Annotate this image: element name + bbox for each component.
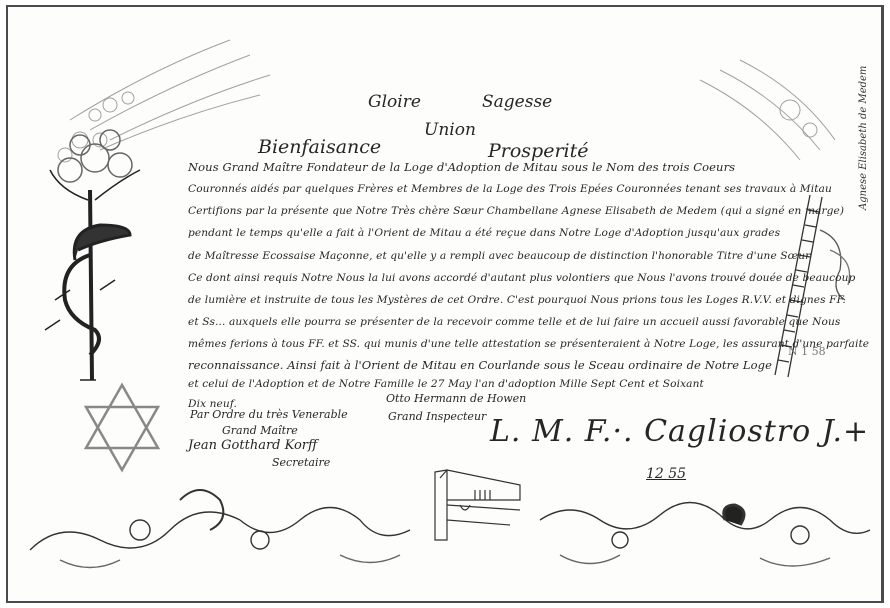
motto-prosperite: Prosperité (488, 140, 589, 162)
body-line: et celui de l'Adoption et de Notre Famil… (188, 378, 704, 390)
secretary-name: Jean Gotthard Korff (188, 438, 317, 453)
body-line: Couronnés aidés par quelques Frères et M… (188, 183, 832, 195)
body-line: pendant le temps qu'elle a fait à l'Orie… (188, 227, 780, 239)
hexagram-star-icon (86, 385, 158, 470)
cloud-ray-flourish-right (700, 60, 835, 160)
rococo-scrollwork-border (30, 490, 870, 568)
cagliostro-signature: L. M. F.·. Cagliostro J.+ (490, 414, 869, 449)
inspector-name: Otto Hermann de Howen (386, 392, 526, 405)
secretary-title: Secretaire (272, 456, 330, 469)
body-line: et Ss... auxquels elle pourra se présent… (188, 316, 840, 328)
grand-master-title: Grand Maître (222, 424, 298, 437)
body-line: mêmes ferions à tous FF. et SS. qui muni… (188, 338, 869, 350)
certificate-number: 12 55 (646, 466, 686, 482)
body-line: Certifions par la présente que Notre Trè… (188, 205, 844, 217)
body-line: Nous Grand Maître Fondateur de la Loge d… (188, 160, 735, 174)
watermill-icon (435, 470, 520, 540)
motto-gloire: Gloire (368, 92, 421, 112)
inspector-title: Grand Inspecteur (388, 410, 486, 423)
tree-with-serpent-icon (45, 130, 140, 380)
motto-bienfaisance: Bienfaisance (258, 136, 381, 158)
body-line: de lumière et instruite de tous les Myst… (188, 294, 846, 306)
motto-union: Union (424, 120, 476, 140)
body-line: Ce dont ainsi requis Notre Nous la lui a… (188, 272, 855, 284)
body-line: reconnaissance. Ainsi fait à l'Orient de… (188, 358, 772, 372)
body-line: de Maîtresse Ecossaise Maçonne, et qu'el… (188, 250, 810, 262)
order-line: Par Ordre du très Venerable (190, 408, 348, 421)
margin-signature: Agnese Elisabeth de Medem (858, 66, 869, 210)
motto-sagesse: Sagesse (482, 92, 552, 112)
